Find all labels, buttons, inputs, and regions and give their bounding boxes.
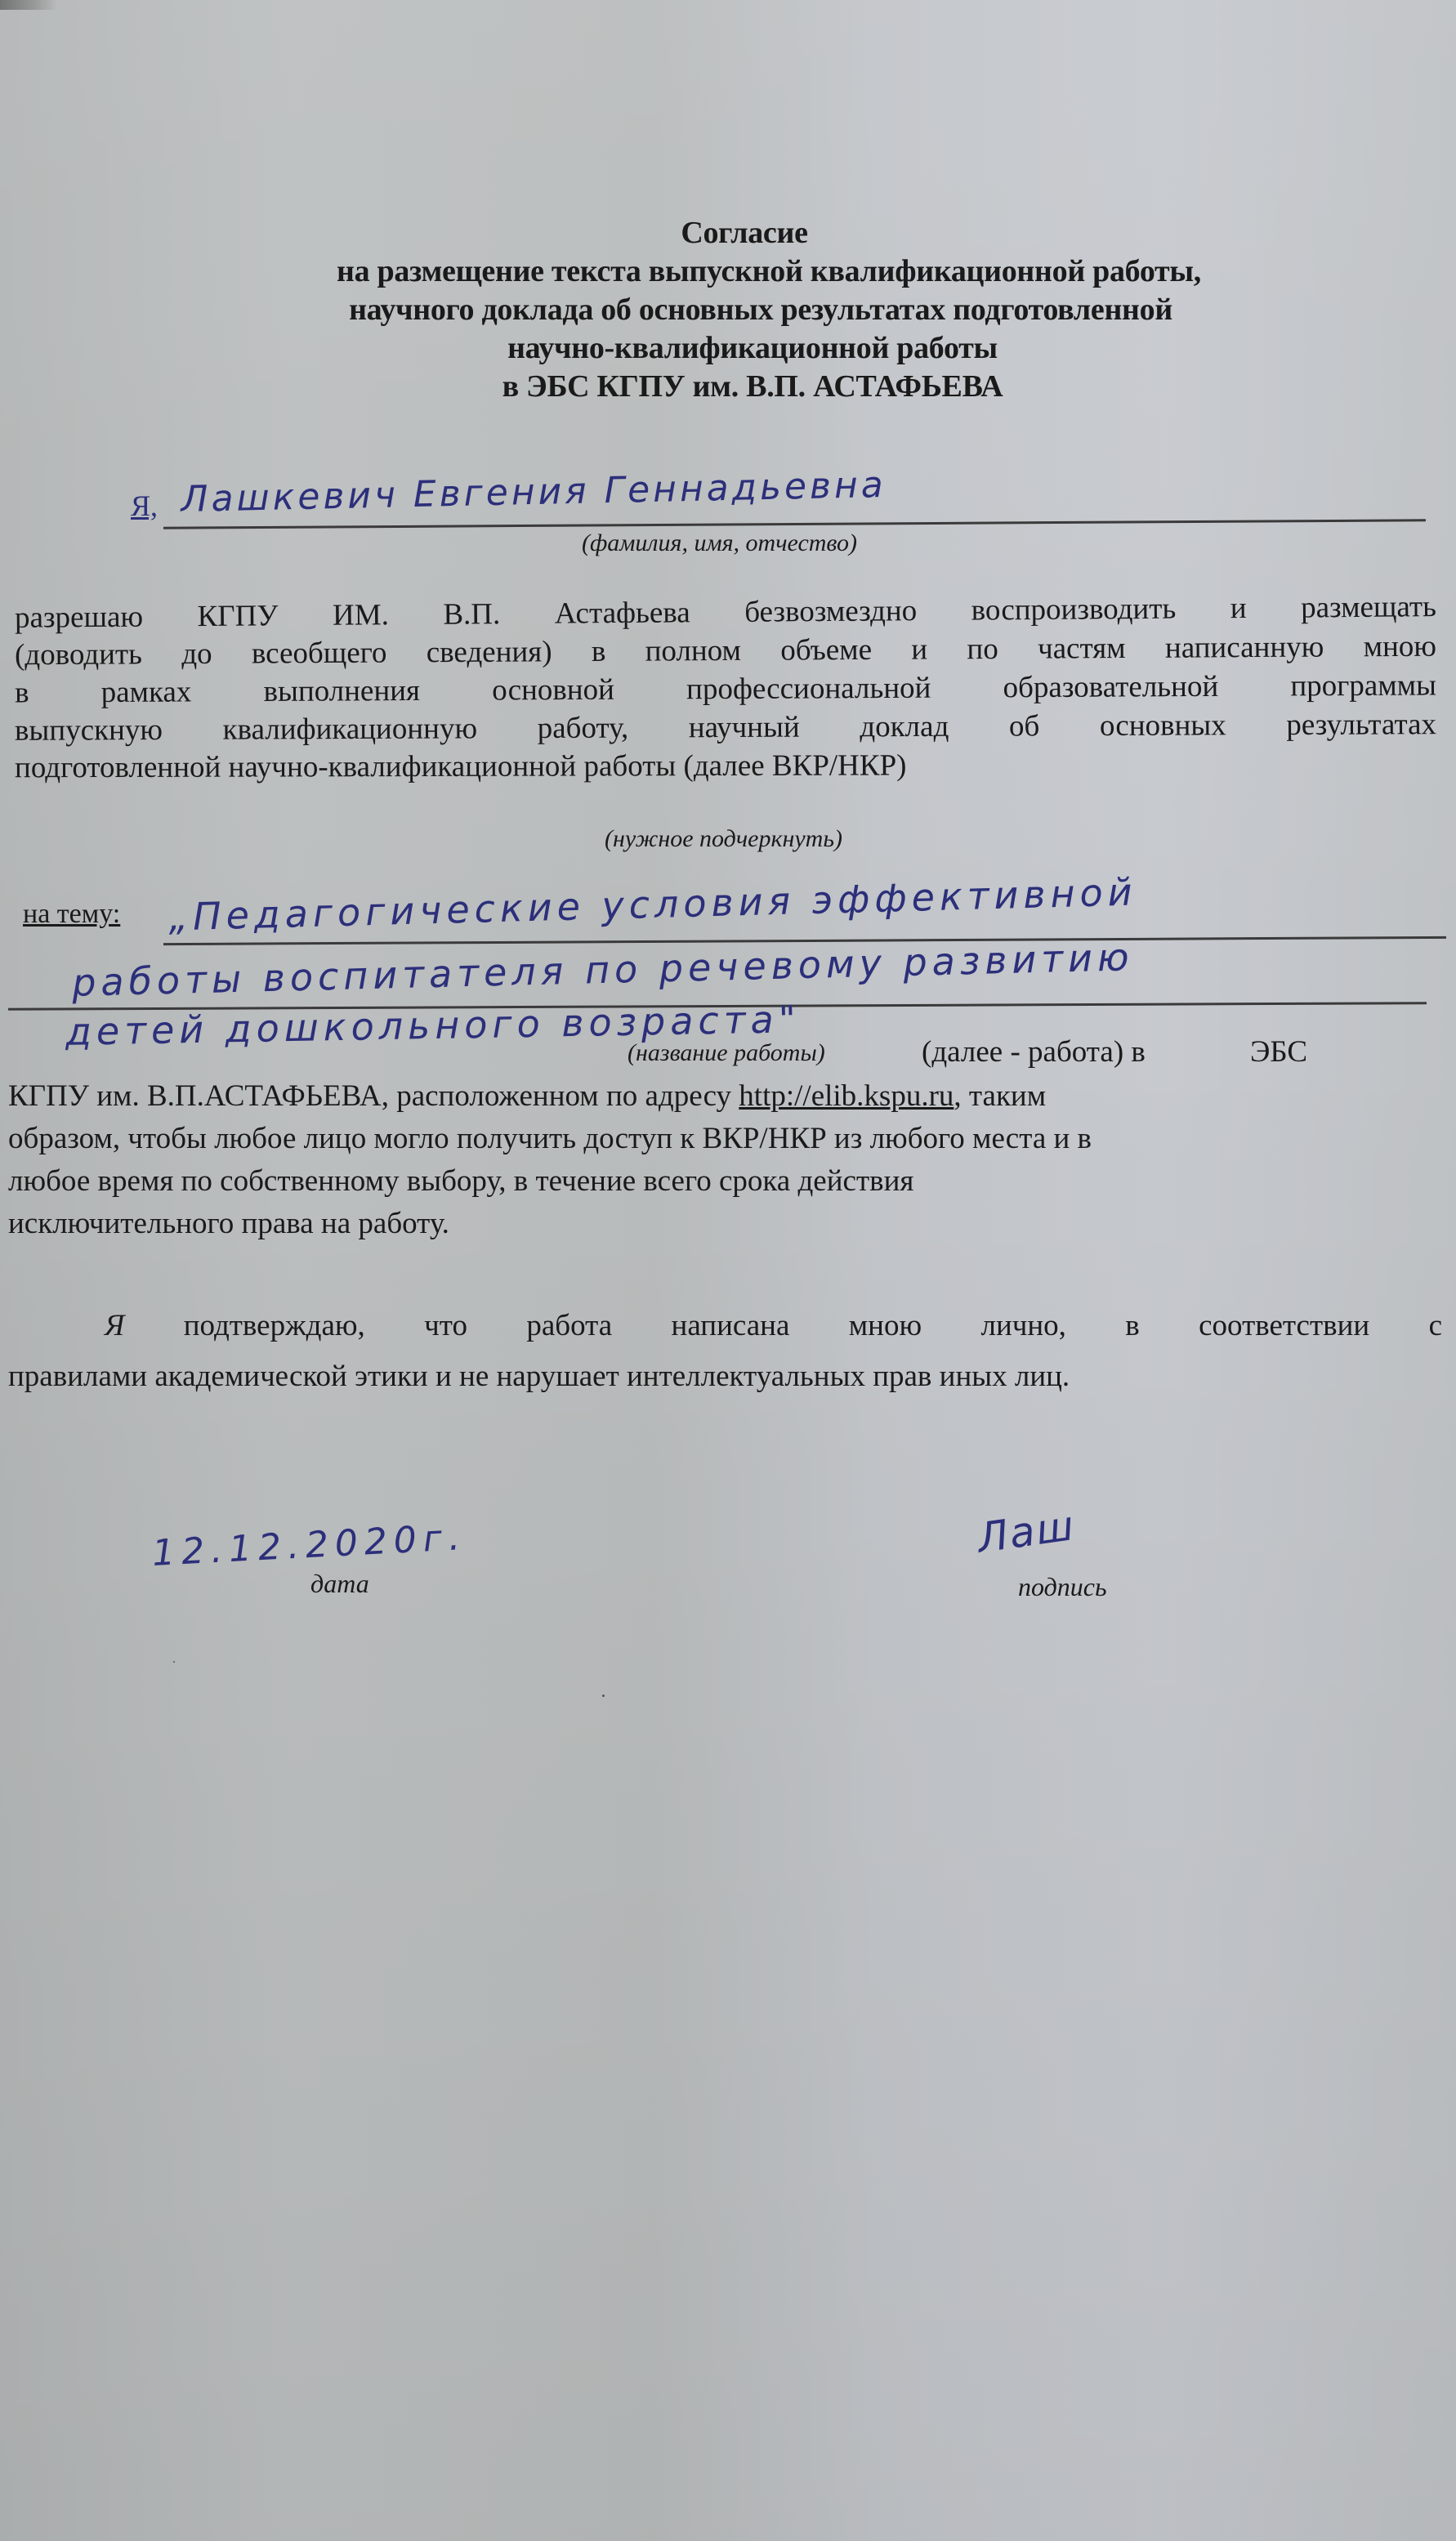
placement-line-1: КГПУ им. В.П.АСТАФЬЕВА, расположенном по… (8, 1075, 1438, 1118)
underline-hint-caption: (нужное подчеркнуть) (605, 825, 842, 853)
title-line-2: на размещение текста выпускной квалифика… (82, 252, 1456, 291)
paper-speck (173, 1661, 175, 1663)
handwritten-theme-line: „Педагогические условия эффективной (167, 869, 1137, 939)
placement-paragraph: КГПУ им. В.П.АСТАФЬЕВА, расположенном по… (8, 1075, 1438, 1245)
name-prefix: Я, (131, 489, 158, 523)
document-title: Согласие на размещение текста выпускной … (0, 214, 1456, 406)
after-title-text: (далее - работа) в (922, 1034, 1146, 1070)
confirmation-line-2: правилами академической этики и не наруш… (8, 1351, 1442, 1402)
name-caption: (фамилия, имя, отчество) (582, 529, 857, 557)
confirmation-line-1: Я подтверждаю, что работа написана мною … (8, 1301, 1442, 1351)
signature-caption: подпись (1018, 1572, 1107, 1602)
handwritten-date: 12.12.2020г. (151, 1516, 467, 1574)
date-caption: дата (310, 1569, 369, 1599)
permission-line: выпускную квалификационную работу, научн… (15, 705, 1436, 750)
placement-text: КГПУ им. В.П.АСТАФЬЕВА, расположенном по… (8, 1079, 739, 1113)
placement-line-4: исключительного права на работу. (8, 1203, 1438, 1245)
confirmation-first-word: Я (105, 1309, 124, 1342)
page-corner-shadow (0, 0, 57, 10)
placement-text: , таким (954, 1079, 1046, 1113)
name-field: Я, Лашкевич Евгения Геннадьевна (131, 482, 1426, 528)
placement-line-2: образом, чтобы любое лицо могло получить… (8, 1118, 1438, 1160)
name-underline (163, 519, 1426, 529)
theme-label: на тему: (23, 899, 120, 930)
theme-field: на тему: „Педагогические условия эффекти… (8, 874, 1446, 1046)
handwritten-full-name: Лашкевич Евгения Геннадьевна (181, 464, 887, 520)
confirmation-text: подтверждаю, что работа написана мною ли… (124, 1309, 1442, 1342)
title-line-3: научного доклада об основных результатах… (65, 291, 1456, 329)
paper-speck (602, 1695, 605, 1697)
ebs-text: ЭБС (1250, 1034, 1307, 1070)
title-line-4: научно-квалификационной работы (49, 329, 1456, 368)
title-line-1: Согласие (33, 214, 1456, 252)
permission-line: подготовленной научно-квалификационной р… (15, 745, 1436, 788)
elib-link[interactable]: http://elib.kspu.ru (739, 1079, 954, 1113)
permission-paragraph: разрешаю КГПУ ИМ. В.П. Астафьева безвозм… (15, 593, 1436, 785)
work-title-caption: (название работы) (628, 1039, 825, 1067)
permission-line: в рамках выполнения основной профессиона… (15, 666, 1436, 712)
handwritten-signature: Лаш (975, 1502, 1079, 1562)
confirmation-paragraph: Я подтверждаю, что работа написана мною … (8, 1301, 1442, 1402)
title-line-5: в ЭБС КГПУ им. В.П. АСТАФЬЕВА (49, 368, 1456, 406)
handwritten-theme-line: работы воспитателя по речевому развитию (72, 935, 1135, 1005)
placement-line-3: любое время по собственному выбору, в те… (8, 1160, 1438, 1203)
